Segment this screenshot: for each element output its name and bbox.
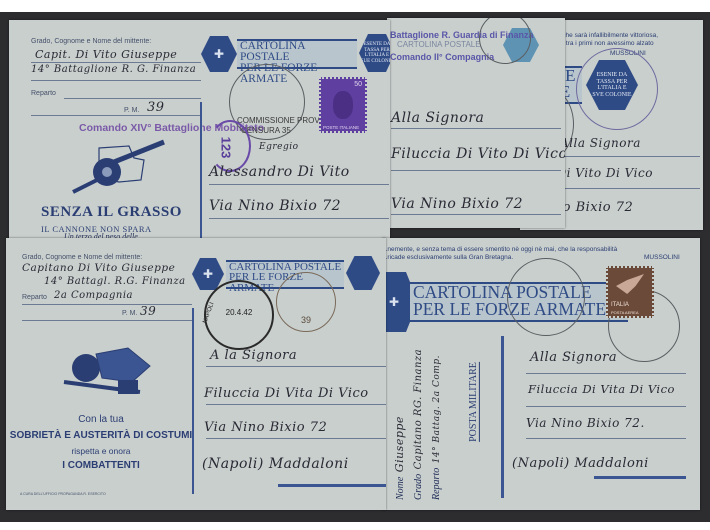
address-rule xyxy=(209,218,389,219)
reparto-label: Reparto xyxy=(22,294,47,301)
savoy-crest-icon: ✚ xyxy=(201,36,237,72)
postmark-date: 20.4.42 xyxy=(206,308,272,317)
stamp-portrait xyxy=(333,91,353,119)
sender-rule xyxy=(31,80,201,81)
title-line-1: CARTOLINA POSTALE xyxy=(237,41,357,63)
address-rule xyxy=(209,184,389,185)
slogan-line-4: I COMBATTENTI xyxy=(6,460,196,471)
quote-line-2: primi tra i primi non avessimo alzato xyxy=(550,40,654,47)
pm-value: 39 xyxy=(140,304,156,318)
divider-line xyxy=(501,336,504,498)
address-line-2: Filuccia Di Vito Di Vico xyxy=(391,146,565,162)
address-rule xyxy=(391,128,561,129)
address-rule xyxy=(526,438,686,439)
address-rule xyxy=(206,404,386,405)
pm-postmark-number: 39 xyxy=(277,315,335,325)
slogan-line-3: rispetta e onora xyxy=(6,446,196,456)
airmail-postage-stamp: ITALIA POSTA AEREA xyxy=(606,266,654,318)
address-underline xyxy=(594,476,686,479)
address-rule xyxy=(391,170,561,171)
maddaloni-postmark xyxy=(507,258,585,336)
address-line-1: Alla Signora xyxy=(560,136,641,150)
soldier-kit-illustration-icon xyxy=(58,342,158,402)
pm-label: P. M. xyxy=(124,107,139,114)
divider-line xyxy=(192,308,194,494)
address-line-1: Alessandro Di Vito xyxy=(209,164,350,180)
quote-line-1: ...la che sarà infallibilmente vittorios… xyxy=(550,32,658,39)
esente-tassa-hexagon xyxy=(346,256,380,290)
imprint: A CURA DELL'UFFICIO PROPAGANDA R. ESERCI… xyxy=(20,492,106,496)
reparto-label: Reparto xyxy=(431,468,442,500)
quote-line-2: ...ricade esclusivamente sulla Gran Bret… xyxy=(382,254,513,261)
slogan-line-1: Con la tua xyxy=(6,414,196,425)
address-line-4: (Napoli) Maddaloni xyxy=(202,456,349,472)
pm-39-postmark: 39 xyxy=(276,272,336,332)
pegasus-icon xyxy=(616,274,644,294)
censor-number: 123 xyxy=(218,137,233,159)
violet-cachet-line-2: Comando II° Compagnia xyxy=(390,52,494,62)
censor-cachet-line-1: COMMISSIONE PROV. xyxy=(237,116,321,125)
sender-line-1: Capit. Di Vito Giuseppe xyxy=(35,48,177,61)
address-line-1: Alla Signora xyxy=(391,110,484,126)
sender-rule xyxy=(31,62,201,63)
quote-author: MUSSOLINI xyxy=(644,254,680,261)
stamp-value: 50 xyxy=(354,81,362,88)
posta-militare-label: POSTA MILITARE xyxy=(468,362,480,442)
sender-line-2: 14° Battaglione R. G. Finanza xyxy=(31,64,196,75)
postcard-top-left: Grado, Cognome e Nome del mittente: Capi… xyxy=(9,20,390,242)
pm-rule xyxy=(31,115,201,116)
nome-label: Nome xyxy=(395,477,406,500)
pm-value: 39 xyxy=(147,100,165,115)
address-line-3: Via Nino Bixio 72 xyxy=(391,196,523,212)
address-line-2: Filuccia Di Vita Di Vico xyxy=(528,382,675,396)
round-cachet-comando xyxy=(576,48,658,130)
address-line-4: (Napoli) Maddaloni xyxy=(512,456,649,471)
sender-block-rotated: Nome Giuseppe Grado Capitano RG. Finanza… xyxy=(390,350,444,500)
slogan-title: SENZA IL GRASSO xyxy=(41,204,182,221)
address-line-1: Alla Signora xyxy=(530,350,617,365)
address-rule xyxy=(206,366,386,367)
address-line-2: Filuccia Di Vita Di Vico xyxy=(204,386,369,401)
title-banner: CARTOLINA POSTALE PER LE FORZE ARMATE xyxy=(237,39,357,69)
quote-line-1: ...nemente, e senza tema di essere sment… xyxy=(382,246,617,253)
address-line-0: Egregio xyxy=(259,142,299,152)
divider-line xyxy=(200,102,202,242)
esente-tassa-hexagon: ESENTE DA TASSA PER L'ITALIA E SUE COLON… xyxy=(359,34,390,72)
reparto-value: 14° Battag. 2a Comp. xyxy=(432,355,442,463)
faded-title: CARTOLINA POSTALE xyxy=(397,40,481,49)
sender-line-2: 14° Battagl. R.G. Finanza xyxy=(44,276,186,287)
reparto-rule xyxy=(64,98,201,99)
postcard-top-middle: Battaglione R. Guardia di Finanza CARTOL… xyxy=(387,18,565,228)
reparto-value: 2a Compagnia xyxy=(54,290,133,301)
address-rule xyxy=(526,373,686,374)
postcard-bottom-left: Grado, Cognome e Nome del mittente: Capi… xyxy=(6,238,386,510)
reparto-label: Reparto xyxy=(31,90,56,97)
address-line-2: Via Nino Bixio 72 xyxy=(209,198,341,214)
grado-label: Grado xyxy=(413,474,424,500)
address-rule xyxy=(391,214,561,215)
address-line-3: Via Nino Bixio 72 xyxy=(204,420,327,435)
slogan-line-2: SOBRIETÀ E AUSTERITÀ DI COSTUMI xyxy=(6,430,196,441)
address-rule xyxy=(206,438,386,439)
pm-label: P. M. xyxy=(122,310,137,317)
postage-stamp-50c: 50 POSTE ITALIANE xyxy=(319,77,367,133)
pm-rule xyxy=(22,320,192,321)
cannon-illustration-icon xyxy=(69,138,169,198)
stamp-country: ITALIA xyxy=(611,302,629,308)
address-rule xyxy=(526,406,686,407)
sender-line-1: Capitano Di Vito Giuseppe xyxy=(22,262,175,274)
stamp-country: POSTE ITALIANE xyxy=(323,125,359,130)
maddaloni-postmark: 20.4.42 NAPOLI xyxy=(204,280,274,350)
nome-value: Giuseppe xyxy=(393,416,406,472)
address-line-1: A la Signora xyxy=(210,348,297,363)
grado-value: Capitano RG. Finanza xyxy=(413,349,424,470)
address-underline xyxy=(278,484,386,487)
postcard-bottom-right: ...nemente, e senza tema di essere sment… xyxy=(382,238,700,510)
sender-label: Grado, Cognome e Nome del mittente: xyxy=(31,38,151,45)
stamp-type: POSTA AEREA xyxy=(611,310,639,315)
address-line-3: Via Nino Bixio 72. xyxy=(526,416,645,430)
sender-label: Grado, Cognome e Nome del mittente: xyxy=(22,254,142,261)
reparto-rule xyxy=(22,304,192,305)
